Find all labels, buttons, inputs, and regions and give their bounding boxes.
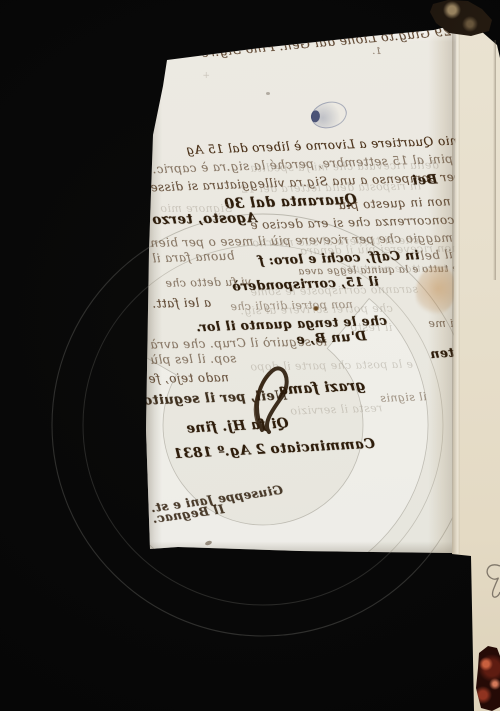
stamp-ink-blob <box>310 110 320 123</box>
ghost-line: resta il servizio <box>290 402 383 416</box>
page-edge-line <box>493 40 496 280</box>
handwriting-dateline: Camminciato 2 Ag.º 1831 <box>173 438 375 462</box>
ghost-line: e la posta che parte il dopo <box>250 359 413 373</box>
fold-crease <box>452 27 460 554</box>
ghost-line: in risposta della lettera del 12 <box>240 180 421 194</box>
handwriting-line: e non in questo più <box>338 195 463 211</box>
paper-stain <box>416 266 456 316</box>
ghost-line: saranno corrisposte le some <box>250 284 418 298</box>
small-spot <box>266 92 270 95</box>
ghost-line: della ricevuta che mi fu spedita <box>250 159 439 173</box>
ink-spot <box>313 306 319 311</box>
handwriting-line: sop. il les plù <box>150 352 237 366</box>
collection-stamp-icon <box>308 98 349 132</box>
ink-smudge <box>205 540 213 546</box>
ink-flourish <box>0 0 500 711</box>
ghost-line: il resto <box>350 322 392 333</box>
handwriting-word: il signis <box>380 391 427 404</box>
ghost-line: Signore mio <box>160 203 232 214</box>
bottom-edge-shadow <box>146 536 456 554</box>
handwriting-signature: Qi fa Hj. fine <box>186 417 289 436</box>
handwriting-line: a lei fatt. <box>152 296 211 309</box>
handwriting-word: grazi fama <box>278 379 366 398</box>
handwriting-line: Neil, per il seguito <box>143 389 287 407</box>
ghost-line: non riceverei più il denaro <box>300 243 459 257</box>
handwriting-line: nado tejo, fe <box>148 371 229 384</box>
watermark-circled-c-icon <box>0 0 500 711</box>
handwriting-line: buona fara il <box>152 250 235 265</box>
manuscript-scan: Trieste 29 Giug.to Lione dal Gen. Pino S… <box>0 0 500 711</box>
letter-sheet: Trieste 29 Giug.to Lione dal Gen. Pino S… <box>0 0 500 711</box>
handwriting-line: è in concorrenza che si era deciso e <box>250 213 483 231</box>
pencil-mark: + <box>202 72 210 81</box>
handwriting-mark: 1. <box>372 48 381 57</box>
